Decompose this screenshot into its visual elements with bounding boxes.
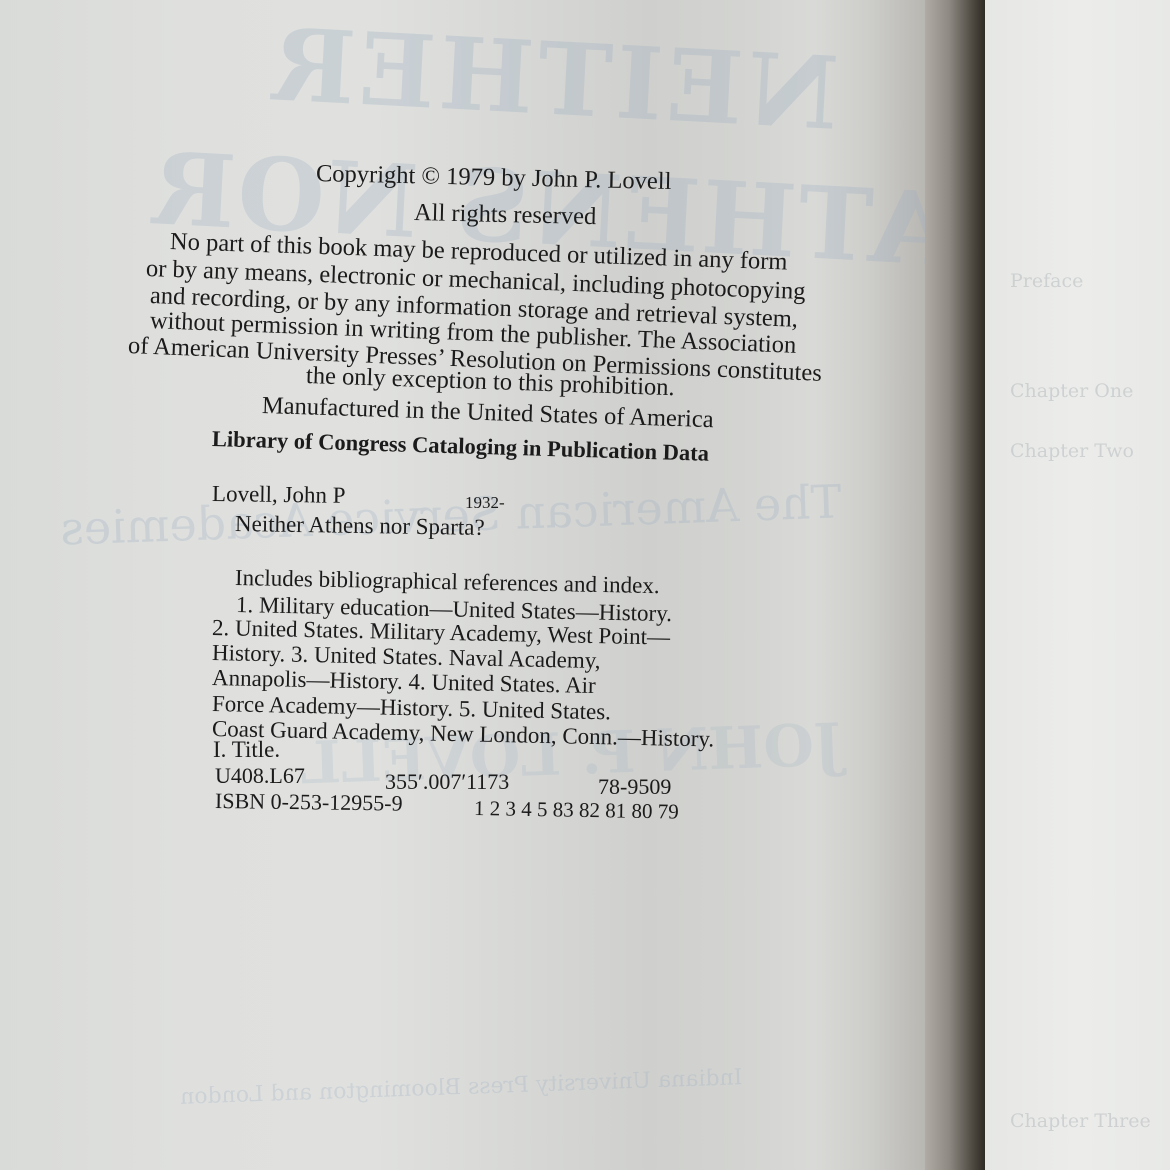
cip-title: Neither Athens nor Sparta? [235, 512, 485, 539]
facing-ghost-4: Chapter Three [1010, 1110, 1151, 1132]
show-through-publisher: Indiana University Press Bloomington and… [180, 1065, 743, 1110]
cip-heading: Library of Congress Cataloging in Public… [212, 428, 710, 465]
cip-subject-7: I. Title. [213, 738, 280, 761]
cip-dewey: 355′.007′1173 [385, 771, 509, 793]
show-through-title-1: NEITHER [265, 5, 841, 153]
cip-author: Lovell, John P [212, 482, 346, 507]
facing-ghost-3: Chapter Two [1010, 440, 1134, 462]
cip-isbn: ISBN 0-253-12955-9 [215, 790, 403, 815]
cip-lc-call-number: U408.L67 [215, 765, 305, 787]
book-page-right: Preface Chapter One Chapter Two Chapter … [985, 0, 1170, 1170]
cip-lccn: 78-9509 [598, 776, 671, 798]
facing-ghost-1: Preface [1010, 270, 1083, 292]
book-gutter-shadow [925, 0, 985, 1170]
cip-birth-year: 1932- [465, 494, 505, 511]
facing-ghost-2: Chapter One [1010, 380, 1133, 402]
rights-line: All rights reserved [414, 201, 597, 230]
cip-printing-line: 1 2 3 4 5 83 82 81 80 79 [474, 798, 679, 823]
book-page-left: NEITHER ATHENS NOR The American Service … [0, 0, 925, 1170]
